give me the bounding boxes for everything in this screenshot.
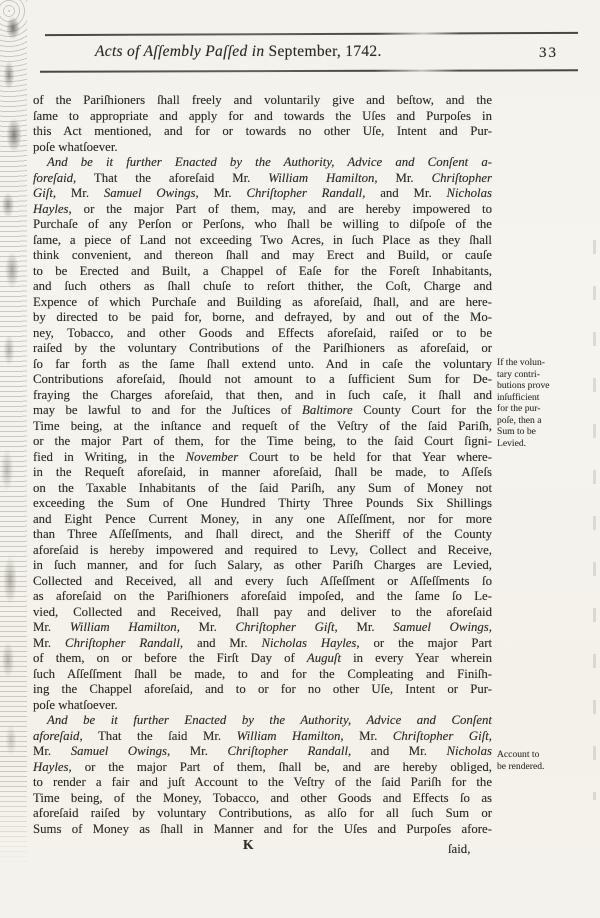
text-segment-italic: Samuel Owings, [104, 186, 199, 200]
text-segment-italic: Nicholas [446, 186, 492, 200]
text-segment-italic: Chriſtopher Randall, [227, 744, 351, 758]
catchword: ſaid, [448, 842, 470, 857]
text-segment: ſame, a piece of Land not exceeding Two … [33, 233, 492, 247]
body-text: of the Pariſhioners ſhall freely and vol… [33, 93, 492, 837]
body-line: Time being, of the Money, Tobacco, and o… [33, 791, 492, 807]
text-segment-italic: Samuel Owings, [393, 620, 492, 634]
body-line: ſame, a piece of Land not exceeding Two … [33, 233, 492, 249]
text-segment-italic: And be it further Enacted by the Authori… [47, 155, 492, 169]
page-number: 33 [539, 45, 558, 62]
binding-gutter-texture [0, 0, 27, 868]
text-segment-italic: And be it further Enacted by the Authori… [47, 713, 492, 727]
text-segment: Mr. [338, 620, 394, 634]
text-segment: ſo far forth as the ſame ſhall extend un… [33, 357, 492, 371]
text-segment: and Mr. [365, 186, 446, 200]
text-segment: or the major Part [360, 636, 492, 650]
text-segment: or the major Part of them, ſhall be, and… [72, 760, 492, 774]
body-line: and Eight Pence Current Money, in any on… [33, 512, 492, 528]
body-line: in ſuch manner, and for ſuch Salary, as … [33, 558, 492, 574]
margin-note-line: inſufficient [497, 392, 589, 404]
text-segment: and ſuch others as ſhall chuſe to reſort… [33, 279, 492, 293]
body-line: and ſuch others as ſhall chuſe to reſort… [33, 279, 492, 295]
text-segment-italic: Chriſtopher Giſt, [393, 729, 492, 743]
text-segment: Collected and Received, all and every ſu… [33, 574, 492, 588]
margin-note-line: be rendered. [497, 761, 589, 773]
margin-note-line: for the pur- [497, 403, 589, 415]
text-segment: ſuch Aſſeſſment ſhall be made, to and fo… [33, 667, 492, 681]
body-line: Hayles, or the major Part of them, ſhall… [33, 760, 492, 776]
text-segment: Time being, of the Money, Tobacco, and o… [33, 791, 492, 805]
body-line: ing the Chappel aforeſaid, and to or for… [33, 682, 492, 698]
body-line: in the Requeſt aforeſaid, in manner afor… [33, 465, 492, 481]
text-segment: That the aforeſaid Mr. [76, 171, 268, 185]
text-segment-italic: aforeſaid, [33, 729, 83, 743]
body-line: exceeding the Sum of One Hundred Thirty … [33, 496, 492, 512]
margin-note-levy: If the volun-tary contri-butions provein… [497, 357, 589, 449]
text-segment: Contributions aforeſaid, ſhould not amou… [33, 372, 492, 386]
body-line: Hayles, or the major Part of them, may, … [33, 202, 492, 218]
margin-note-line: butions prove [497, 380, 589, 392]
body-line: fraying the Charges aforeſaid, that then… [33, 388, 492, 404]
body-line: may be lawful to and for the Juſtices of… [33, 403, 492, 419]
body-line: ney, Tobacco, and other Goods and Effect… [33, 326, 492, 342]
body-line: raiſed by the voluntary Contributions of… [33, 341, 492, 357]
text-segment: as aforeſaid on the Pariſhioners aforeſa… [33, 589, 492, 603]
body-line: Mr. William Hamilton, Mr. Chriſtopher Gi… [33, 620, 492, 636]
text-segment: by directed to be paid for, borne, and d… [33, 310, 492, 324]
text-segment: Mr. [56, 186, 104, 200]
text-segment: to be Erected and Built, a Chappel of Ea… [33, 264, 492, 278]
body-line: aforeſaid raiſed by voluntary Contributi… [33, 806, 492, 822]
body-line: aforeſaid is hereby impowered and requir… [33, 543, 492, 559]
text-segment: Mr. [378, 171, 432, 185]
body-line: ſo far forth as the ſame ſhall extend un… [33, 357, 492, 373]
text-segment-italic: Baltimore [302, 403, 353, 417]
text-segment: Court to be held for that Year where- [238, 450, 492, 464]
paragraph: And be it further Enacted by the Authori… [33, 713, 492, 837]
text-segment: Mr. [199, 186, 247, 200]
text-segment: may be lawful to and for the Juſtices of [33, 403, 302, 417]
text-segment: than Three Aſſeſſments, and ſhall direct… [33, 527, 492, 541]
text-segment-italic: Nicholas Hayles, [261, 636, 359, 650]
text-segment: and Eight Pence Current Money, in any on… [33, 512, 492, 526]
text-segment: ney, Tobacco, and other Goods and Effect… [33, 326, 492, 340]
text-segment: Mr. [180, 620, 236, 634]
body-line: Expence of which Purchaſe and Building a… [33, 295, 492, 311]
text-segment: and Mr. [351, 744, 446, 758]
text-segment: poſe whatſoever. [33, 140, 118, 154]
text-segment: on the Taxable Inhabitants of the ſaid P… [33, 481, 492, 495]
body-line: Collected and Received, all and every ſu… [33, 574, 492, 590]
text-segment: aforeſaid is hereby impowered and requir… [33, 543, 492, 557]
text-segment: exceeding the Sum of One Hundred Thirty … [33, 496, 492, 510]
text-segment: Mr. [344, 729, 393, 743]
body-line: Purchaſe of any Perſon or Perſons, who ſ… [33, 217, 492, 233]
text-segment: fraying the Charges aforeſaid, that then… [33, 388, 492, 402]
margin-note-line: Sum to be [497, 426, 589, 438]
body-line: Mr. Samuel Owings, Mr. Chriſtopher Randa… [33, 744, 492, 760]
body-line: as aforeſaid on the Pariſhioners aforeſa… [33, 589, 492, 605]
margin-note-account: Account tobe rendered. [497, 749, 589, 772]
body-line: than Three Aſſeſſments, and ſhall direct… [33, 527, 492, 543]
text-segment: in every Year wherein [341, 651, 492, 665]
body-line: Mr. Chriſtopher Randall, and Mr. Nichola… [33, 636, 492, 652]
paragraph: And be it further Enacted by the Authori… [33, 155, 492, 713]
text-segment: ing the Chappel aforeſaid, and to or for… [33, 682, 492, 696]
text-segment-italic: Giſt, [33, 186, 56, 200]
text-segment: of them, on or before the Firſt Day of [33, 651, 307, 665]
running-title-roman: September, 1742. [264, 43, 381, 60]
margin-note-line: Levied. [497, 438, 589, 450]
text-segment-italic: Nicholas [446, 744, 492, 758]
right-edge-specks [593, 240, 596, 800]
text-segment: vied, Collected and Received, ſhall pay … [33, 605, 492, 619]
text-segment: That the ſaid Mr. [83, 729, 237, 743]
margin-note-line: Account to [497, 749, 589, 761]
text-segment-italic: William Hamilton, [70, 620, 180, 634]
text-segment: Time being, at the inſtance and requeſt … [33, 419, 492, 433]
body-line: to render a fair and juſt Account to the… [33, 775, 492, 791]
text-segment: Sums of Money as ſhall in Manner and for… [33, 822, 492, 836]
body-line: fied in Writing, in the November Court t… [33, 450, 492, 466]
text-segment-italic: Chriſtopher [432, 171, 492, 185]
running-title-italic: Acts of Aſſembly Paſſed in [95, 43, 264, 60]
text-segment: Mr. [170, 744, 227, 758]
body-line: Time being, at the inſtance and requeſt … [33, 419, 492, 435]
body-line: poſe whatſoever. [33, 140, 492, 156]
text-segment: this Act mentioned, and for or towards n… [33, 124, 492, 138]
text-segment: poſe whatſoever. [33, 698, 118, 712]
text-segment: Mr. [33, 620, 70, 634]
text-segment: Purchaſe of any Perſon or Perſons, who ſ… [33, 217, 492, 231]
text-segment: and Mr. [183, 636, 261, 650]
text-segment-italic: Chriſtopher Randall, [246, 186, 365, 200]
body-line: poſe whatſoever. [33, 698, 492, 714]
text-segment-italic: Chriſtopher Randall, [65, 636, 183, 650]
text-segment: aforeſaid raiſed by voluntary Contributi… [33, 806, 492, 820]
text-segment-italic: William Hamilton, [237, 729, 344, 743]
running-header: Acts of Aſſembly Paſſed in September, 17… [95, 43, 382, 61]
header-rule-top [45, 32, 578, 36]
text-segment: to render a fair and juſt Account to the… [33, 775, 492, 789]
text-segment: County Court for the [353, 403, 492, 417]
body-line: on the Taxable Inhabitants of the ſaid P… [33, 481, 492, 497]
body-line: ſuch Aſſeſſment ſhall be made, to and fo… [33, 667, 492, 683]
body-line: or the major Part of them, for the Time … [33, 434, 492, 450]
margin-note-line: tary contri- [497, 369, 589, 381]
text-segment-italic: Hayles, [33, 760, 72, 774]
body-line: aforeſaid, That the ſaid Mr. William Ham… [33, 729, 492, 745]
text-segment: ſame to appropriate and apply for and to… [33, 109, 492, 123]
body-line: And be it further Enacted by the Authori… [33, 155, 492, 171]
margin-note-line: If the volun- [497, 357, 589, 369]
margin-note-line: poſe, then a [497, 415, 589, 427]
text-segment: raiſed by the voluntary Contributions of… [33, 341, 492, 355]
body-line: Sums of Money as ſhall in Manner and for… [33, 822, 492, 838]
signature-mark: K [243, 837, 254, 853]
text-segment-italic: Samuel Owings, [71, 744, 171, 758]
body-line: vied, Collected and Received, ſhall pay … [33, 605, 492, 621]
body-line: think convenient, and thereon ſhall and … [33, 248, 492, 264]
body-line: by directed to be paid for, borne, and d… [33, 310, 492, 326]
body-line: to be Erected and Built, a Chappel of Ea… [33, 264, 492, 280]
body-line: this Act mentioned, and for or towards n… [33, 124, 492, 140]
text-segment-italic: William Hamilton, [268, 171, 377, 185]
text-segment: Mr. [33, 744, 71, 758]
paragraph: of the Pariſhioners ſhall freely and vol… [33, 93, 492, 155]
body-line: foreſaid, That the aforeſaid Mr. William… [33, 171, 492, 187]
text-segment: Expence of which Purchaſe and Building a… [33, 295, 492, 309]
body-line: Contributions aforeſaid, ſhould not amou… [33, 372, 492, 388]
text-segment: in the Requeſt aforeſaid, in manner afor… [33, 465, 492, 479]
text-segment-italic: November [186, 450, 239, 464]
body-line: of them, on or before the Firſt Day of A… [33, 651, 492, 667]
document-page: Acts of Aſſembly Paſſed in September, 17… [0, 0, 600, 918]
text-segment-italic: Auguſt [307, 651, 341, 665]
body-line: And be it further Enacted by the Authori… [33, 713, 492, 729]
text-segment-italic: Chriſtopher Giſt, [235, 620, 337, 634]
text-segment: Mr. [33, 636, 65, 650]
text-segment: think convenient, and thereon ſhall and … [33, 248, 492, 262]
header-rule-bottom [40, 69, 578, 72]
text-segment: or the major Part of them, for the Time … [33, 434, 492, 448]
text-segment: fied in Writing, in the [33, 450, 186, 464]
body-line: of the Pariſhioners ſhall freely and vol… [33, 93, 492, 109]
text-segment-italic: foreſaid, [33, 171, 76, 185]
text-segment: in ſuch manner, and for ſuch Salary, as … [33, 558, 492, 572]
text-segment: or the major Part of them, may, and are … [72, 202, 492, 216]
text-segment-italic: Hayles, [33, 202, 72, 216]
body-line: ſame to appropriate and apply for and to… [33, 109, 492, 125]
text-segment: of the Pariſhioners ſhall freely and vol… [33, 93, 492, 107]
body-line: Giſt, Mr. Samuel Owings, Mr. Chriſtopher… [33, 186, 492, 202]
